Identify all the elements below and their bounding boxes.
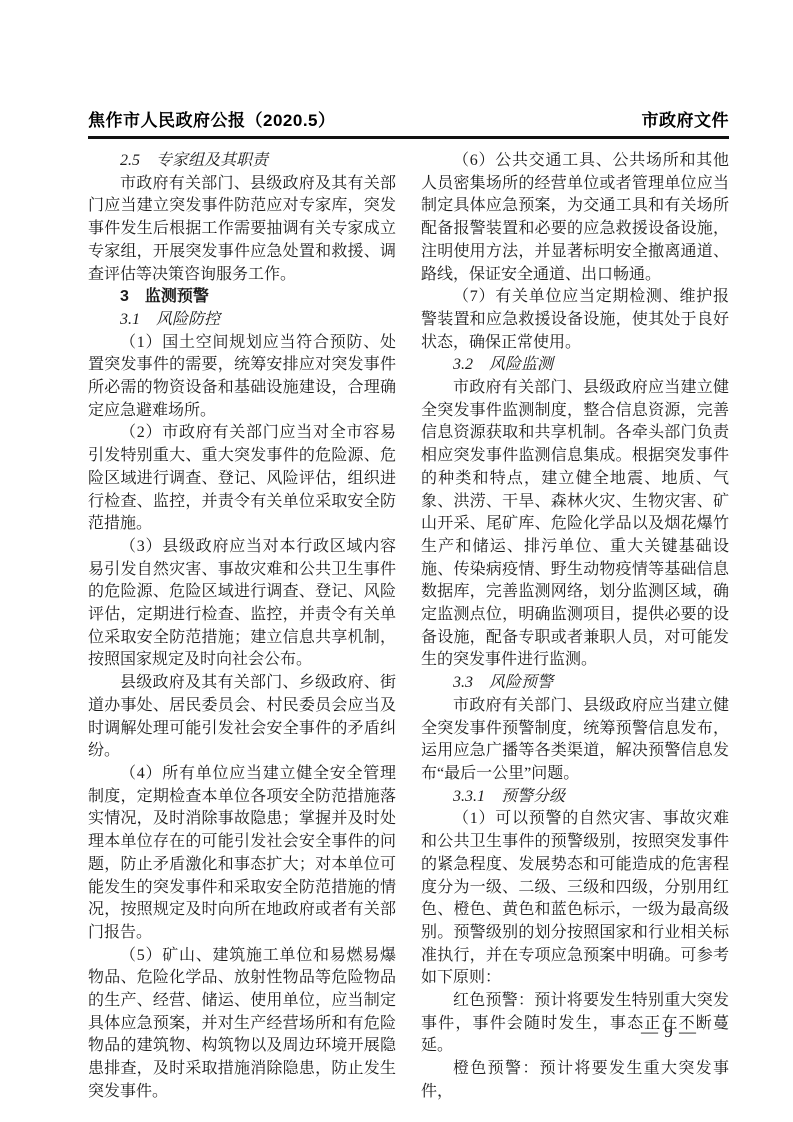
- paragraph-item-3-county-governments: （3）县级政府应当对本行政区域内容易引发自然灾害、事故灾难和公共卫生事件的危险源…: [88, 536, 396, 672]
- paragraph-item-4-all-units: （4）所有单位应当建立健全安全管理制度，定期检查本单位各项安全防范措施落实情况，…: [88, 763, 396, 945]
- heading-3-monitoring-warning: 3 监测预警: [88, 286, 396, 309]
- left-column: 2.5 专家组及其职责 市政府有关部门、县级政府及其有关部门应当建立突发事件防范…: [88, 150, 396, 1104]
- paragraph-dispute-mediation: 县级政府及其有关部门、乡级政府、街道办事处、居民委员会、村民委员会应当及时调解处…: [88, 672, 396, 763]
- paragraph-item-2-city-departments: （2）市政府有关部门应当对全市容易引发特别重大、重大突发事件的危险源、危险区域进…: [88, 422, 396, 536]
- heading-3-2-risk-monitoring: 3.2 风险监测: [421, 354, 729, 377]
- right-column: （6）公共交通工具、公共场所和其他人员密集场所的经营单位或者管理单位应当制定具体…: [421, 150, 729, 1104]
- page-header: 焦作市人民政府公报（2020.5） 市政府文件: [88, 106, 729, 131]
- header-rule: [88, 136, 729, 139]
- paragraph-item-5-hazardous-units: （5）矿山、建筑施工单位和易燃易爆物品、危险化学品、放射性物品等危险物品的生产、…: [88, 945, 396, 1104]
- paragraph-expert-group: 市政府有关部门、县级政府及其有关部门应当建立突发事件防范应对专家库，突发事件发生…: [88, 173, 396, 287]
- heading-3-1-risk-prevention: 3.1 风险防控: [88, 309, 396, 332]
- heading-2-5-expert-group: 2.5 专家组及其职责: [88, 150, 396, 173]
- gazette-page: 焦作市人民政府公报（2020.5） 市政府文件 2.5 专家组及其职责 市政府有…: [0, 0, 793, 1122]
- paragraph-warning-level-classification: （1）可以预警的自然灾害、事故灾难和公共卫生事件的预警级别，按照突发事件的紧急程…: [421, 808, 729, 990]
- document-body: 2.5 专家组及其职责 市政府有关部门、县级政府及其有关部门应当建立突发事件防范…: [88, 150, 729, 1104]
- paragraph-item-7-equipment-maintenance: （7）有关单位应当定期检测、维护报警装置和应急救援设备设施，使其处于良好状态，确…: [421, 286, 729, 354]
- page-number: — 9 —: [641, 1022, 697, 1042]
- paragraph-item-6-public-transport: （6）公共交通工具、公共场所和其他人员密集场所的经营单位或者管理单位应当制定具体…: [421, 150, 729, 286]
- paragraph-warning-system: 市政府有关部门、县级政府应当建立健全突发事件预警制度，统筹预警信息发布，运用应急…: [421, 695, 729, 786]
- paragraph-item-1-land-planning: （1）国土空间规划应当符合预防、处置突发事件的需要，统筹安排应对突发事件所必需的…: [88, 332, 396, 423]
- paragraph-orange-warning: 橙色预警：预计将要发生重大突发事件，: [421, 1058, 729, 1103]
- header-publication-title: 焦作市人民政府公报（2020.5）: [88, 106, 336, 131]
- heading-3-3-risk-warning: 3.3 风险预警: [421, 672, 729, 695]
- heading-3-3-1-warning-levels: 3.3.1 预警分级: [421, 786, 729, 809]
- paragraph-monitoring-system: 市政府有关部门、县级政府应当建立健全突发事件监测制度，整合信息资源，完善信息资源…: [421, 377, 729, 672]
- header-section-label: 市政府文件: [642, 106, 730, 131]
